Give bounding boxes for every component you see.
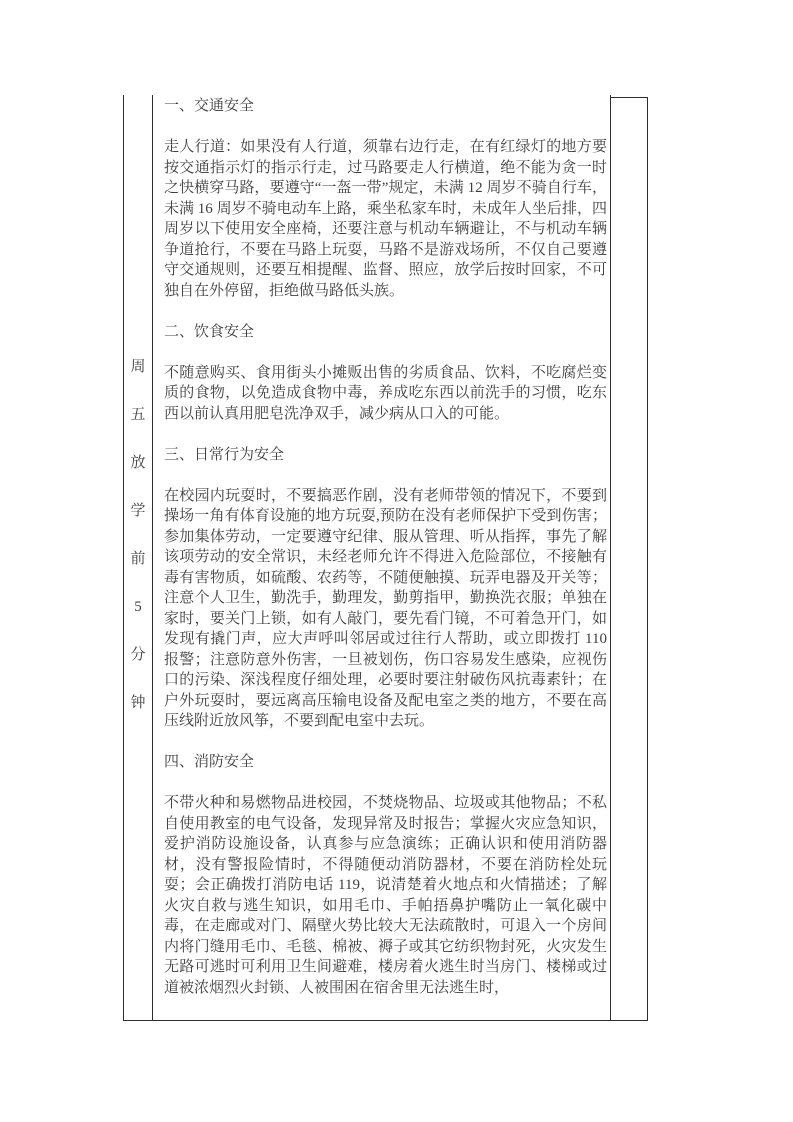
schedule-char: 5: [134, 600, 142, 615]
schedule-char: 放: [130, 456, 145, 471]
schedule-char: 分: [130, 648, 145, 663]
document-page: 周 五 放 学 前 5 分 钟 一、交通安全 走人行道：如果没有人行道，须靠右边…: [0, 0, 793, 1122]
section-heading: 二、饮食安全: [164, 322, 607, 343]
section-daily-behavior-safety: 三、日常行为安全 在校园内玩耍时，不要搞恶作剧，没有老师带领的情况下，不要到操场…: [164, 445, 607, 732]
table-border-bottom: [123, 1020, 648, 1021]
section-body: 不带火种和易燃物品进校园，不焚烧物品、垃圾或其他物品；不私自使用教室的电气设备，…: [164, 793, 607, 998]
section-food-safety: 二、饮食安全 不随意购买、食用街头小摊贩出售的劣质食品、饮料，不吃腐烂变质的食物…: [164, 322, 607, 425]
section-heading: 一、交通安全: [164, 96, 607, 117]
schedule-char: 钟: [130, 696, 145, 711]
notice-content-column: 一、交通安全 走人行道：如果没有人行道，须靠右边行走，在有红绿灯的地方要按交通指…: [164, 96, 607, 1019]
table-border-right: [647, 97, 648, 1020]
schedule-char: 五: [130, 408, 145, 423]
schedule-char: 前: [130, 552, 145, 567]
schedule-char: 学: [130, 504, 145, 519]
section-traffic-safety: 一、交通安全 走人行道：如果没有人行道，须靠右边行走，在有红绿灯的地方要按交通指…: [164, 96, 607, 301]
section-heading: 四、消防安全: [164, 752, 607, 773]
table-border-left-column-divider: [152, 95, 153, 1020]
schedule-column: 周 五 放 学 前 5 分 钟: [124, 95, 152, 975]
schedule-char: 周: [130, 360, 145, 375]
section-body: 在校园内玩耍时，不要搞恶作剧，没有老师带领的情况下，不要到操场一角有体育设施的地…: [164, 486, 607, 732]
section-heading: 三、日常行为安全: [164, 445, 607, 466]
section-fire-safety: 四、消防安全 不带火种和易燃物品进校园，不焚烧物品、垃圾或其他物品；不私自使用教…: [164, 752, 607, 998]
section-body: 走人行道：如果没有人行道，须靠右边行走，在有红绿灯的地方要按交通指示灯的指示行走…: [164, 137, 607, 301]
section-body: 不随意购买、食用街头小摊贩出售的劣质食品、饮料，不吃腐烂变质的食物，以免造成食物…: [164, 363, 607, 425]
empty-column: [611, 98, 647, 1020]
